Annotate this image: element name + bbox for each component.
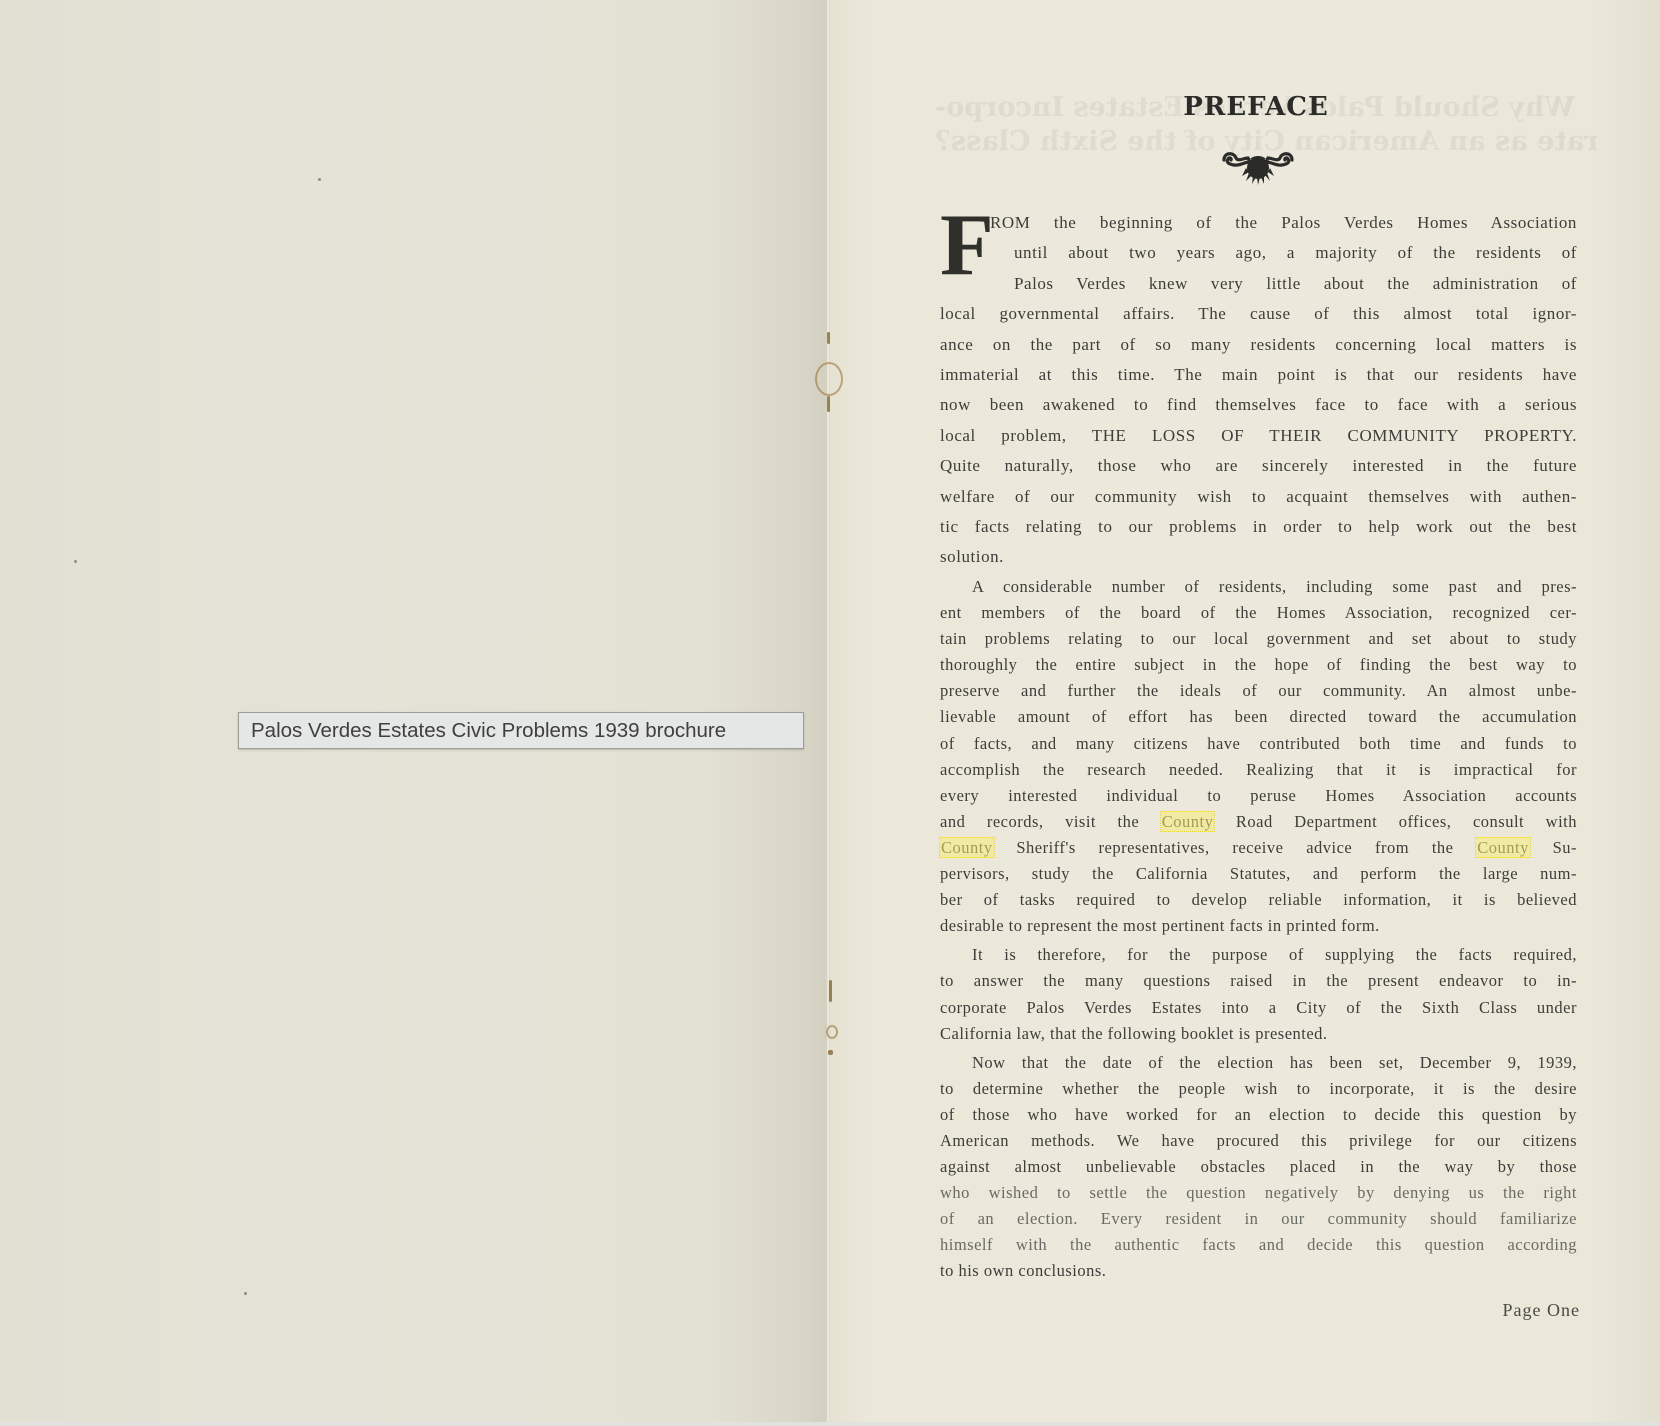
text-line: tic facts relating to our problems in or… bbox=[940, 512, 1577, 542]
text-line: Quite naturally, those who are sincerely… bbox=[940, 451, 1577, 481]
brochure-spread: Why Should Palos Verdes Estates Incorpo-… bbox=[0, 0, 1660, 1422]
staple-mark bbox=[827, 396, 830, 412]
text-line: preserve and further the ideals of our c… bbox=[940, 678, 1577, 704]
text-line: welfare of our community wish to acquain… bbox=[940, 482, 1577, 512]
text-line: against almost unbelievable obstacles pl… bbox=[940, 1154, 1577, 1180]
text-line: ROM the beginning of the Palos Verdes Ho… bbox=[940, 208, 1577, 238]
preface-body: A considerable number of residents, incl… bbox=[940, 574, 1577, 1285]
text-line: now been awakened to find themselves fac… bbox=[940, 390, 1577, 420]
text-line: who wished to settle the question negati… bbox=[940, 1180, 1577, 1206]
text-line: accomplish the research needed. Realizin… bbox=[940, 757, 1577, 783]
viewer-bottom-edge bbox=[0, 1422, 1660, 1426]
text-line: of those who have worked for an election… bbox=[940, 1102, 1577, 1128]
text-line: himself with the authentic facts and dec… bbox=[940, 1232, 1577, 1258]
text-line: County Sheriff's representatives, receiv… bbox=[940, 835, 1577, 861]
text-line: of facts, and many citizens have contrib… bbox=[940, 731, 1577, 757]
text-line: Palos Verdes knew very little about the … bbox=[940, 269, 1577, 299]
staple-mark bbox=[828, 1050, 833, 1055]
text-line: solution. bbox=[940, 542, 1577, 572]
text-line: to determine whether the people wish to … bbox=[940, 1076, 1577, 1102]
preface-paragraph-2: A considerable number of residents, incl… bbox=[940, 574, 1577, 939]
text-line: ance on the part of so many residents co… bbox=[940, 330, 1577, 360]
image-title-tooltip: Palos Verdes Estates Civic Problems 1939… bbox=[238, 712, 804, 749]
rust-stain bbox=[815, 362, 843, 396]
text-line: and records, visit the County Road Depar… bbox=[940, 809, 1577, 835]
paper-speck bbox=[318, 178, 321, 181]
text-line: local problem, THE LOSS OF THEIR COMMUNI… bbox=[940, 421, 1577, 451]
text-line: corporate Palos Verdes Estates into a Ci… bbox=[940, 995, 1577, 1021]
text-line: of an election. Every resident in our co… bbox=[940, 1206, 1577, 1232]
search-highlight: County bbox=[1161, 812, 1215, 831]
paper-speck bbox=[244, 1292, 247, 1295]
text-line: until about two years ago, a majority of… bbox=[940, 238, 1577, 268]
text-line: tain problems relating to our local gove… bbox=[940, 626, 1577, 652]
preface-paragraph-1: ROM the beginning of the Palos Verdes Ho… bbox=[940, 208, 1577, 573]
text-line: lievable amount of effort has been direc… bbox=[940, 704, 1577, 730]
preface-paragraph-3: It is therefore, for the purpose of supp… bbox=[940, 942, 1577, 1046]
preface-paragraph-4: Now that the date of the election has be… bbox=[940, 1050, 1577, 1285]
left-page-blank bbox=[0, 0, 828, 1422]
text-line: American methods. We have procured this … bbox=[940, 1128, 1577, 1154]
text-line: every interested individual to peruse Ho… bbox=[940, 783, 1577, 809]
staple-mark bbox=[829, 980, 832, 1002]
text-line: to answer the many questions raised in t… bbox=[940, 968, 1577, 994]
text-line: ent members of the board of the Homes As… bbox=[940, 600, 1577, 626]
page-title: PREFACE bbox=[1130, 92, 1382, 122]
staple-mark bbox=[827, 332, 830, 344]
text-line: to his own conclusions. bbox=[940, 1258, 1577, 1284]
page-number: Page One bbox=[1480, 1300, 1580, 1321]
text-line: desirable to represent the most pertinen… bbox=[940, 913, 1577, 939]
text-line: local governmental affairs. The cause of… bbox=[940, 299, 1577, 329]
search-highlight: County bbox=[1476, 838, 1530, 857]
text-line: immaterial at this time. The main point … bbox=[940, 360, 1577, 390]
paper-speck bbox=[74, 560, 77, 563]
text-line: A considerable number of residents, incl… bbox=[940, 574, 1577, 600]
book-spine bbox=[826, 0, 830, 1422]
text-line: California law, that the following bookl… bbox=[940, 1021, 1577, 1047]
search-highlight: County bbox=[940, 838, 994, 857]
text-line: Now that the date of the election has be… bbox=[940, 1050, 1577, 1076]
text-line: It is therefore, for the purpose of supp… bbox=[940, 942, 1577, 968]
text-line: pervisors, study the California Statutes… bbox=[940, 861, 1577, 887]
text-line: thoroughly the entire subject in the hop… bbox=[940, 652, 1577, 678]
text-line: ber of tasks required to develop reliabl… bbox=[940, 887, 1577, 913]
rust-stain bbox=[826, 1025, 838, 1039]
scallop-shell-ornament-icon bbox=[1220, 150, 1296, 186]
